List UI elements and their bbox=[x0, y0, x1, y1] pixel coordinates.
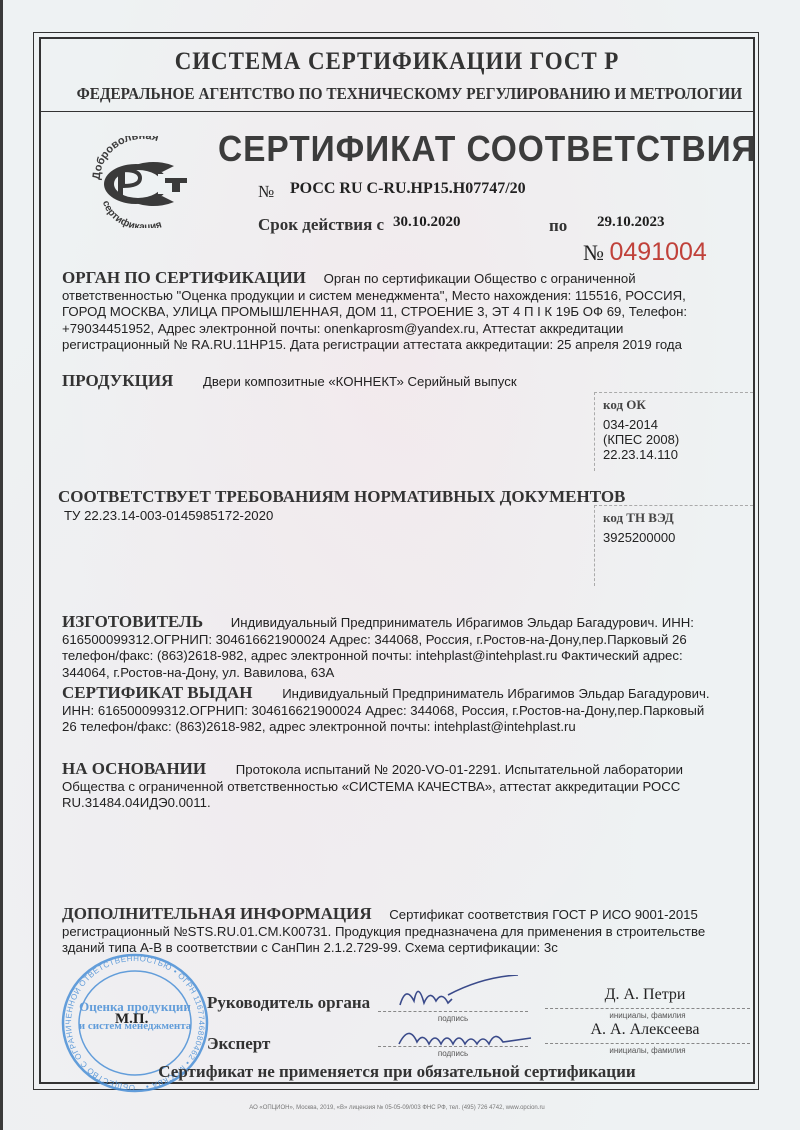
registration-number: РОСС RU C-RU.HP15.H07747/20 bbox=[290, 180, 526, 198]
printer-imprint: АО «ОПЦИОН», Москва, 2019, «В» лицензия … bbox=[41, 1105, 753, 1111]
head-role: Руководитель органа bbox=[207, 993, 370, 1013]
expert-name: А. А. Алексеева bbox=[540, 1021, 750, 1039]
blank-number-value: 0491004 bbox=[610, 238, 707, 266]
additional-info-heading: ДОПОЛНИТЕЛЬНАЯ ИНФОРМАЦИЯ bbox=[62, 904, 372, 923]
agency-title: ФЕДЕРАЛЬНОЕ АГЕНТСТВО ПО ТЕХНИЧЕСКОМУ РЕ… bbox=[77, 84, 718, 104]
certificate-title: СЕРТИФИКАТ СООТВЕТСТВИЯ bbox=[218, 128, 757, 170]
basis-section: НА ОСНОВАНИИ Протокола испытаний № 2020-… bbox=[62, 761, 722, 812]
certification-body-heading: ОРГАН ПО СЕРТИФИКАЦИИ bbox=[62, 268, 306, 287]
ok-code-line-3: 22.23.14.110 bbox=[603, 447, 753, 462]
expert-role: Эксперт bbox=[207, 1034, 270, 1054]
header-divider bbox=[41, 111, 753, 112]
number-sign: № bbox=[258, 182, 274, 202]
product-section: ПРОДУКЦИЯ Двери композитные «КОННЕКТ» Се… bbox=[62, 373, 722, 391]
ok-code-line-1: 034-2014 bbox=[603, 417, 753, 432]
head-name-caption: инициалы, фамилия bbox=[545, 1011, 750, 1020]
valid-to-label: по bbox=[549, 216, 567, 236]
tn-ved-code-value: 3925200000 bbox=[603, 530, 753, 545]
issued-to-heading: СЕРТИФИКАТ ВЫДАН bbox=[62, 683, 253, 702]
head-name-line bbox=[545, 1008, 750, 1009]
valid-from-date: 30.10.2020 bbox=[393, 214, 461, 231]
product-text: Двери композитные «КОННЕКТ» Серийный вып… bbox=[203, 374, 517, 389]
issued-to-section: СЕРТИФИКАТ ВЫДАН Индивидуальный Предприн… bbox=[62, 685, 722, 736]
head-signature-icon bbox=[392, 975, 522, 1015]
product-heading: ПРОДУКЦИЯ bbox=[62, 371, 173, 390]
rst-logo-icon: Добровольная сертификация bbox=[88, 136, 194, 228]
ok-code-box: код ОК 034-2014 (КПЕС 2008) 22.23.14.110 bbox=[594, 392, 753, 471]
tn-ved-code-box: код ТН ВЭД 3925200000 bbox=[594, 505, 753, 586]
tn-ved-code-label: код ТН ВЭД bbox=[603, 510, 753, 526]
expert-signature-icon bbox=[395, 1020, 535, 1052]
expert-signature-caption: подпись bbox=[378, 1049, 528, 1058]
blank-number-sign: № bbox=[583, 240, 604, 265]
expert-name-line bbox=[545, 1043, 750, 1044]
system-title: СИСТЕМА СЕРТИФИКАЦИИ ГОСТ Р bbox=[69, 48, 724, 76]
requirements-heading: СООТВЕТСТВУЕТ ТРЕБОВАНИЯМ НОРМАТИВНЫХ ДО… bbox=[58, 487, 625, 507]
ok-code-label: код ОК bbox=[603, 397, 753, 413]
expert-name-caption: инициалы, фамилия bbox=[545, 1046, 750, 1055]
scan-edge bbox=[0, 0, 3, 1130]
valid-to-date: 29.10.2023 bbox=[597, 214, 665, 231]
requirements-text: ТУ 22.23.14-003-0145985172-2020 bbox=[64, 508, 273, 525]
blank-number: № 0491004 bbox=[583, 238, 707, 267]
validity-label: Срок действия с bbox=[258, 215, 384, 235]
manufacturer-section: ИЗГОТОВИТЕЛЬ Индивидуальный Предпринимат… bbox=[62, 614, 722, 681]
mp-label: М.П. bbox=[115, 1011, 148, 1028]
ok-code-line-2: (КПЕС 2008) bbox=[603, 432, 753, 447]
certification-body-section: ОРГАН ПО СЕРТИФИКАЦИИ Орган по сертифика… bbox=[62, 270, 722, 354]
basis-heading: НА ОСНОВАНИИ bbox=[62, 759, 206, 778]
voluntary-notice: Сертификат не применяется при обязательн… bbox=[41, 1062, 753, 1082]
head-name: Д. А. Петри bbox=[540, 986, 750, 1004]
manufacturer-heading: ИЗГОТОВИТЕЛЬ bbox=[62, 612, 203, 631]
